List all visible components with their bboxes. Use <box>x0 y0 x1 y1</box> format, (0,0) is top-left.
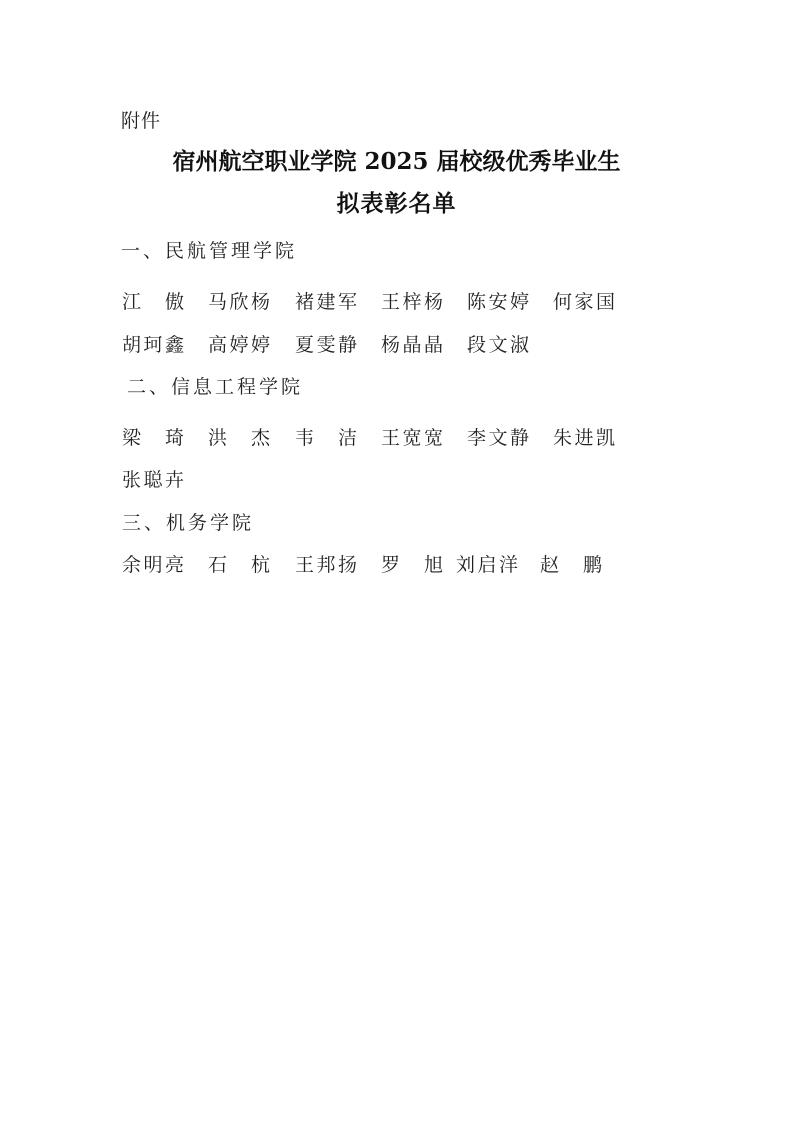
person-name: 朱进凯 <box>553 423 633 450</box>
person-name: 王邦扬 <box>295 550 375 577</box>
person-name: 罗旭 <box>381 550 461 577</box>
section-heading-aircraft-maintenance: 三、机务学院 <box>122 508 254 535</box>
person-name: 余明亮 <box>122 550 202 577</box>
person-name: 江傲 <box>122 287 202 314</box>
document-page: 附件 宿州航空职业学院 2025 届校级优秀毕业生 拟表彰名单 一、民航管理学院… <box>0 0 793 1122</box>
person-name: 杨晶晶 <box>381 330 461 357</box>
person-name: 何家国 <box>553 287 633 314</box>
person-name: 洪杰 <box>208 423 288 450</box>
person-name: 梁琦 <box>122 423 202 450</box>
person-name: 石杭 <box>208 550 288 577</box>
person-name: 韦洁 <box>295 423 375 450</box>
person-name: 段文淑 <box>467 330 547 357</box>
attachment-label: 附件 <box>121 106 161 133</box>
person-name: 刘启洋 <box>456 550 536 577</box>
person-name: 胡珂鑫 <box>122 330 202 357</box>
document-title-line2: 拟表彰名单 <box>0 185 793 218</box>
person-name: 李文静 <box>467 423 547 450</box>
person-name: 王梓杨 <box>381 287 461 314</box>
person-name: 夏雯静 <box>295 330 375 357</box>
section-heading-civil-aviation-management: 一、民航管理学院 <box>121 236 297 263</box>
person-name: 王宽宽 <box>381 423 461 450</box>
document-title-line1: 宿州航空职业学院 2025 届校级优秀毕业生 <box>0 143 793 176</box>
person-name: 陈安婷 <box>467 287 547 314</box>
section-heading-information-engineering: 二、信息工程学院 <box>127 372 303 399</box>
person-name: 张聪卉 <box>122 465 202 492</box>
person-name: 高婷婷 <box>208 330 288 357</box>
person-name: 褚建军 <box>295 287 375 314</box>
person-name: 马欣杨 <box>208 287 288 314</box>
person-name: 赵鹏 <box>540 550 620 577</box>
